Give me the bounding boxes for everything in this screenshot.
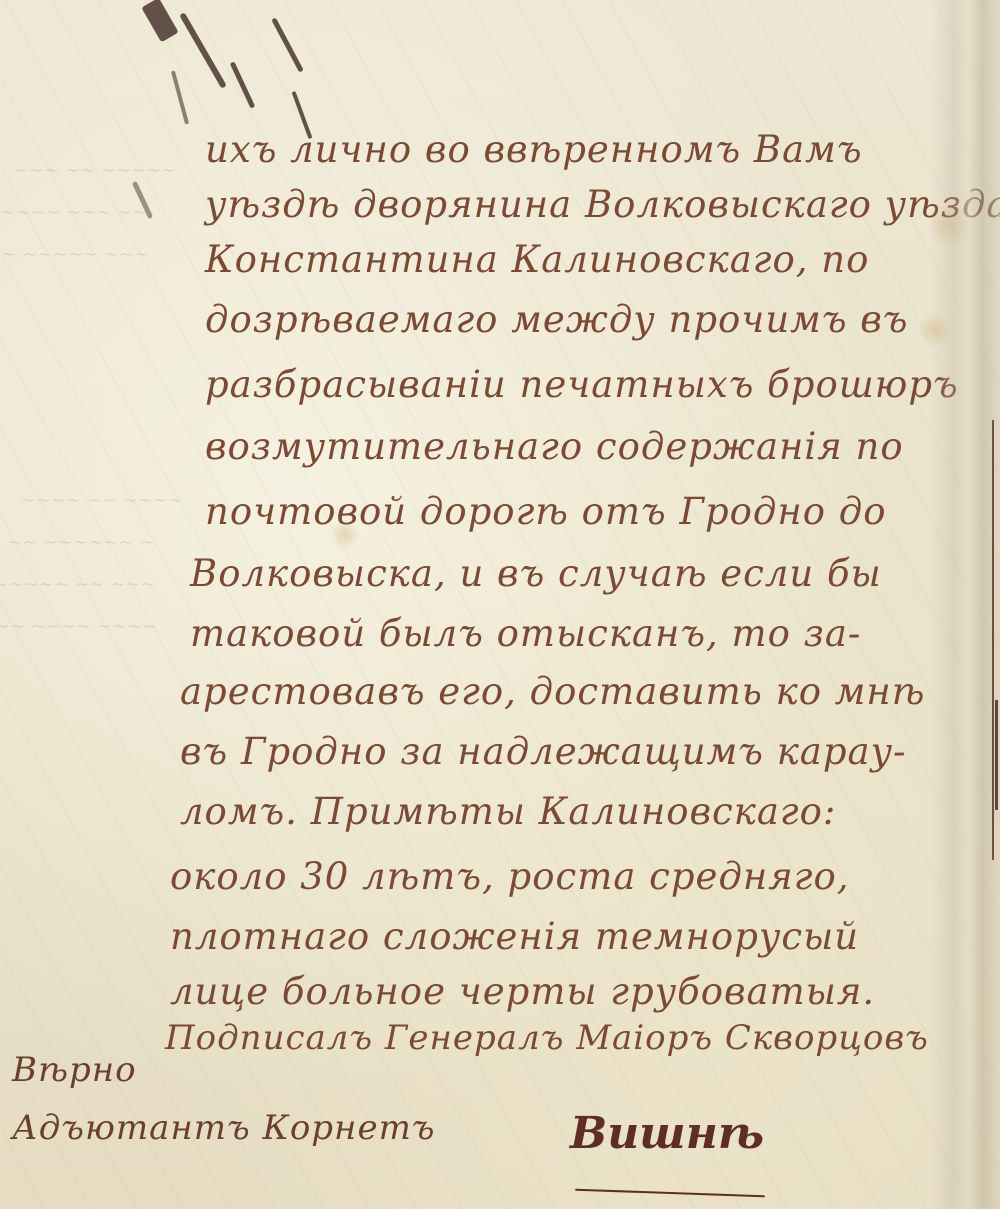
bleed-through-text: ~~~ ~~ ~~~~~~~~~ ~~~ ~~~~ ~~~~~ ~~~ xyxy=(0,150,195,276)
fold-crease xyxy=(992,420,994,860)
body-line: разбрасываніи печатныхъ брошюръ xyxy=(205,363,959,406)
binding-fold xyxy=(930,0,1000,1209)
signed-by-line: Подписалъ Генералъ Маіоръ Скворцовъ xyxy=(165,1018,929,1058)
manuscript-page: ~~~ ~~ ~~~~~~~~~ ~~~ ~~~~ ~~~~~ ~~~ ~~~~… xyxy=(0,0,1000,1209)
fold-crease xyxy=(995,700,998,810)
body-line: около 30 лѣтъ, роста средняго, xyxy=(170,855,850,898)
body-line: возмутительнаго содержанія по xyxy=(205,425,904,468)
body-line: ломъ. Примѣты Калиновскаго: xyxy=(180,790,836,833)
body-line: арестовавъ его, доставить ко мнѣ xyxy=(180,670,925,713)
body-line: лице больное черты грубоватыя. xyxy=(170,970,875,1013)
ink-blot-mark xyxy=(141,0,178,42)
body-line: Константина Калиновскаго, по xyxy=(205,238,869,281)
body-line: Волковыска, и въ случаѣ если бы xyxy=(190,552,882,595)
body-line: ихъ лично во ввѣренномъ Вамъ xyxy=(205,128,863,171)
body-line: почтовой дорогѣ отъ Гродно до xyxy=(205,490,887,533)
attester-title: Адъютантъ Корнетъ xyxy=(12,1108,435,1148)
ink-stroke-mark xyxy=(179,12,227,89)
bleed-through-text: ~~~~ ~~ ~~~~~~ ~~~~~~ ~~~~~~ ~~ ~~~~~~ ~… xyxy=(0,480,202,648)
ink-stroke-mark xyxy=(271,17,304,72)
ink-stroke-mark xyxy=(230,61,256,108)
body-line: плотнаго сложенія темнорусый xyxy=(170,915,859,958)
body-line: дозрѣваемаго между прочимъ въ xyxy=(205,298,908,341)
signature-underline xyxy=(575,1189,765,1198)
body-line: въ Гродно за надлежащимъ карау- xyxy=(180,730,907,773)
body-line: таковой былъ отысканъ, то за- xyxy=(190,612,861,655)
ink-stroke-mark xyxy=(171,70,189,124)
signature: Вишнѣ xyxy=(570,1108,764,1159)
body-line: уѣздѣ дворянина Волковыскаго уѣзда xyxy=(205,183,1000,226)
verified-note: Вѣрно xyxy=(12,1050,137,1090)
